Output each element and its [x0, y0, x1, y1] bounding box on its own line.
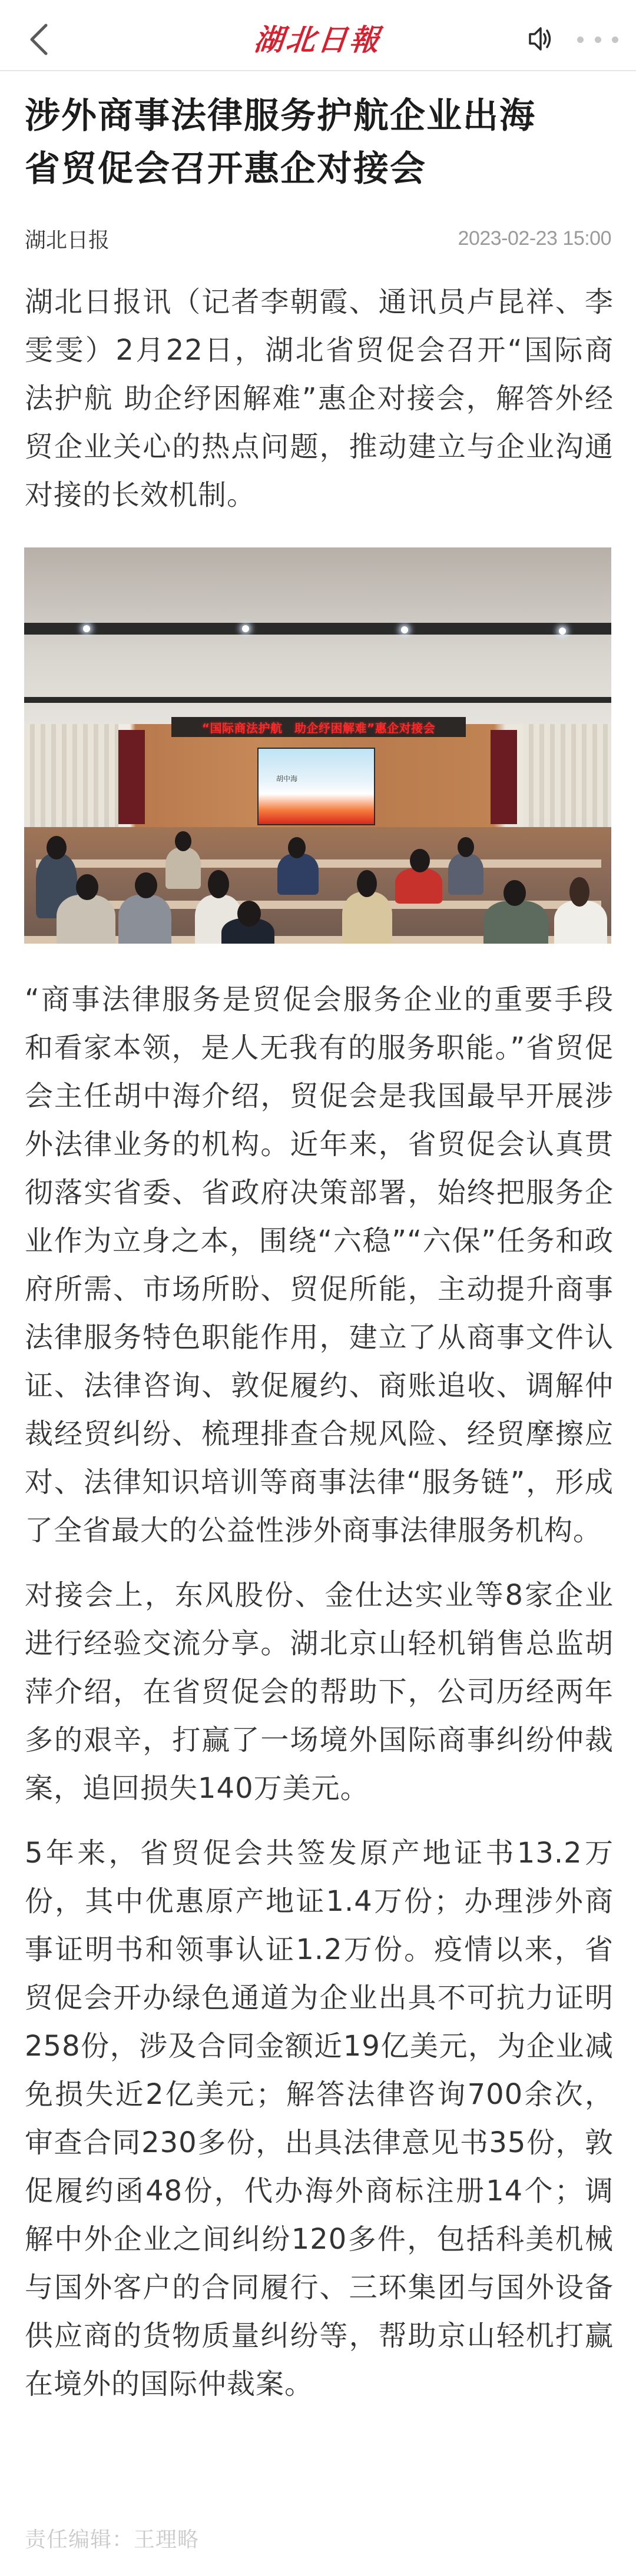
more-dots-icon: [595, 36, 601, 43]
photo-ceiling-stripe: [24, 697, 611, 703]
photo-person: [395, 868, 442, 904]
photo-person: [342, 892, 392, 944]
photo-person-head: [357, 870, 377, 897]
photo-led-banner: “国际商法护航 助企纾困解难”惠企对接会: [171, 717, 466, 737]
photo-person-head: [208, 870, 229, 898]
article-title-line-2: 省贸促会召开惠企对接会: [25, 148, 426, 190]
photo-person-head: [569, 877, 589, 907]
photo-drape: [491, 730, 517, 824]
article-title-line-1: 涉外商事法律服务护航企业出海: [25, 95, 536, 137]
photo-person-head: [47, 836, 67, 859]
speaker-icon: [525, 24, 558, 54]
photo-projection-screen: 胡中海: [257, 748, 375, 825]
article-paragraph: “商事法律服务是贸促会服务企业的重要手段和看家本领，是人无我有的服务职能。”省贸…: [25, 975, 614, 1555]
photo-person: [483, 901, 548, 944]
photo-person-head: [76, 874, 98, 900]
article-source: 湖北日报: [25, 224, 110, 254]
article-meta: 湖北日报 2023-02-23 15:00: [25, 224, 611, 253]
photo-screen-name: 胡中海: [276, 774, 297, 784]
photo-desk-row: [36, 859, 601, 868]
back-button[interactable]: [24, 21, 57, 58]
article-paragraph: 5年来，省贸促会共签发原产地证书13.2万份，其中优惠原产地证1.4万份；办理涉…: [25, 1829, 614, 2408]
article-body: 湖北日报讯（记者李朝霞、通讯员卢昆祥、李雯雯）2月22日，湖北省贸促会召开“国际…: [25, 278, 614, 2425]
photo-ceiling-stripe: [24, 623, 611, 635]
photo-person-head: [135, 872, 157, 898]
photo-person-head: [237, 901, 261, 927]
photo-person: [165, 848, 201, 889]
article-paragraph: 湖北日报讯（记者李朝霞、通讯员卢昆祥、李雯雯）2月22日，湖北省贸促会召开“国际…: [25, 278, 614, 519]
newspaper-logo: 湖北日報: [251, 19, 385, 57]
photo-person-head: [175, 831, 191, 851]
article-title: 涉外商事法律服务护航企业出海 省贸促会召开惠企对接会: [25, 89, 614, 195]
photo-person-head: [458, 837, 474, 857]
photo-person-head: [410, 849, 430, 872]
photo-light: [83, 625, 90, 632]
photo-person: [57, 895, 115, 944]
photo-light: [242, 625, 249, 632]
photo-person: [448, 854, 483, 895]
photo-person-head: [503, 880, 526, 906]
photo-person-head: [288, 837, 306, 858]
responsible-editor: 责任编辑：王理略: [25, 2523, 199, 2553]
photo-light: [401, 626, 408, 633]
photo-light: [559, 628, 566, 635]
article-paragraph: 对接会上，东风股份、金仕达实业等8家企业进行经验交流分享。湖北京山轻机销售总监胡…: [25, 1571, 614, 1813]
chevron-left-icon: [24, 21, 57, 58]
photo-person: [118, 895, 171, 944]
more-options-button[interactable]: [577, 31, 618, 48]
more-dots-icon: [612, 36, 618, 43]
photo-person: [554, 901, 607, 944]
photo-drape: [118, 730, 145, 824]
photo-person: [277, 854, 319, 895]
more-dots-icon: [577, 36, 584, 43]
top-nav-bar: 湖北日報: [0, 0, 636, 71]
read-aloud-button[interactable]: [525, 24, 558, 54]
article-photo[interactable]: “国际商法护航 助企纾困解难”惠企对接会 胡中海: [24, 547, 611, 944]
publish-timestamp: 2023-02-23 15:00: [458, 227, 611, 250]
